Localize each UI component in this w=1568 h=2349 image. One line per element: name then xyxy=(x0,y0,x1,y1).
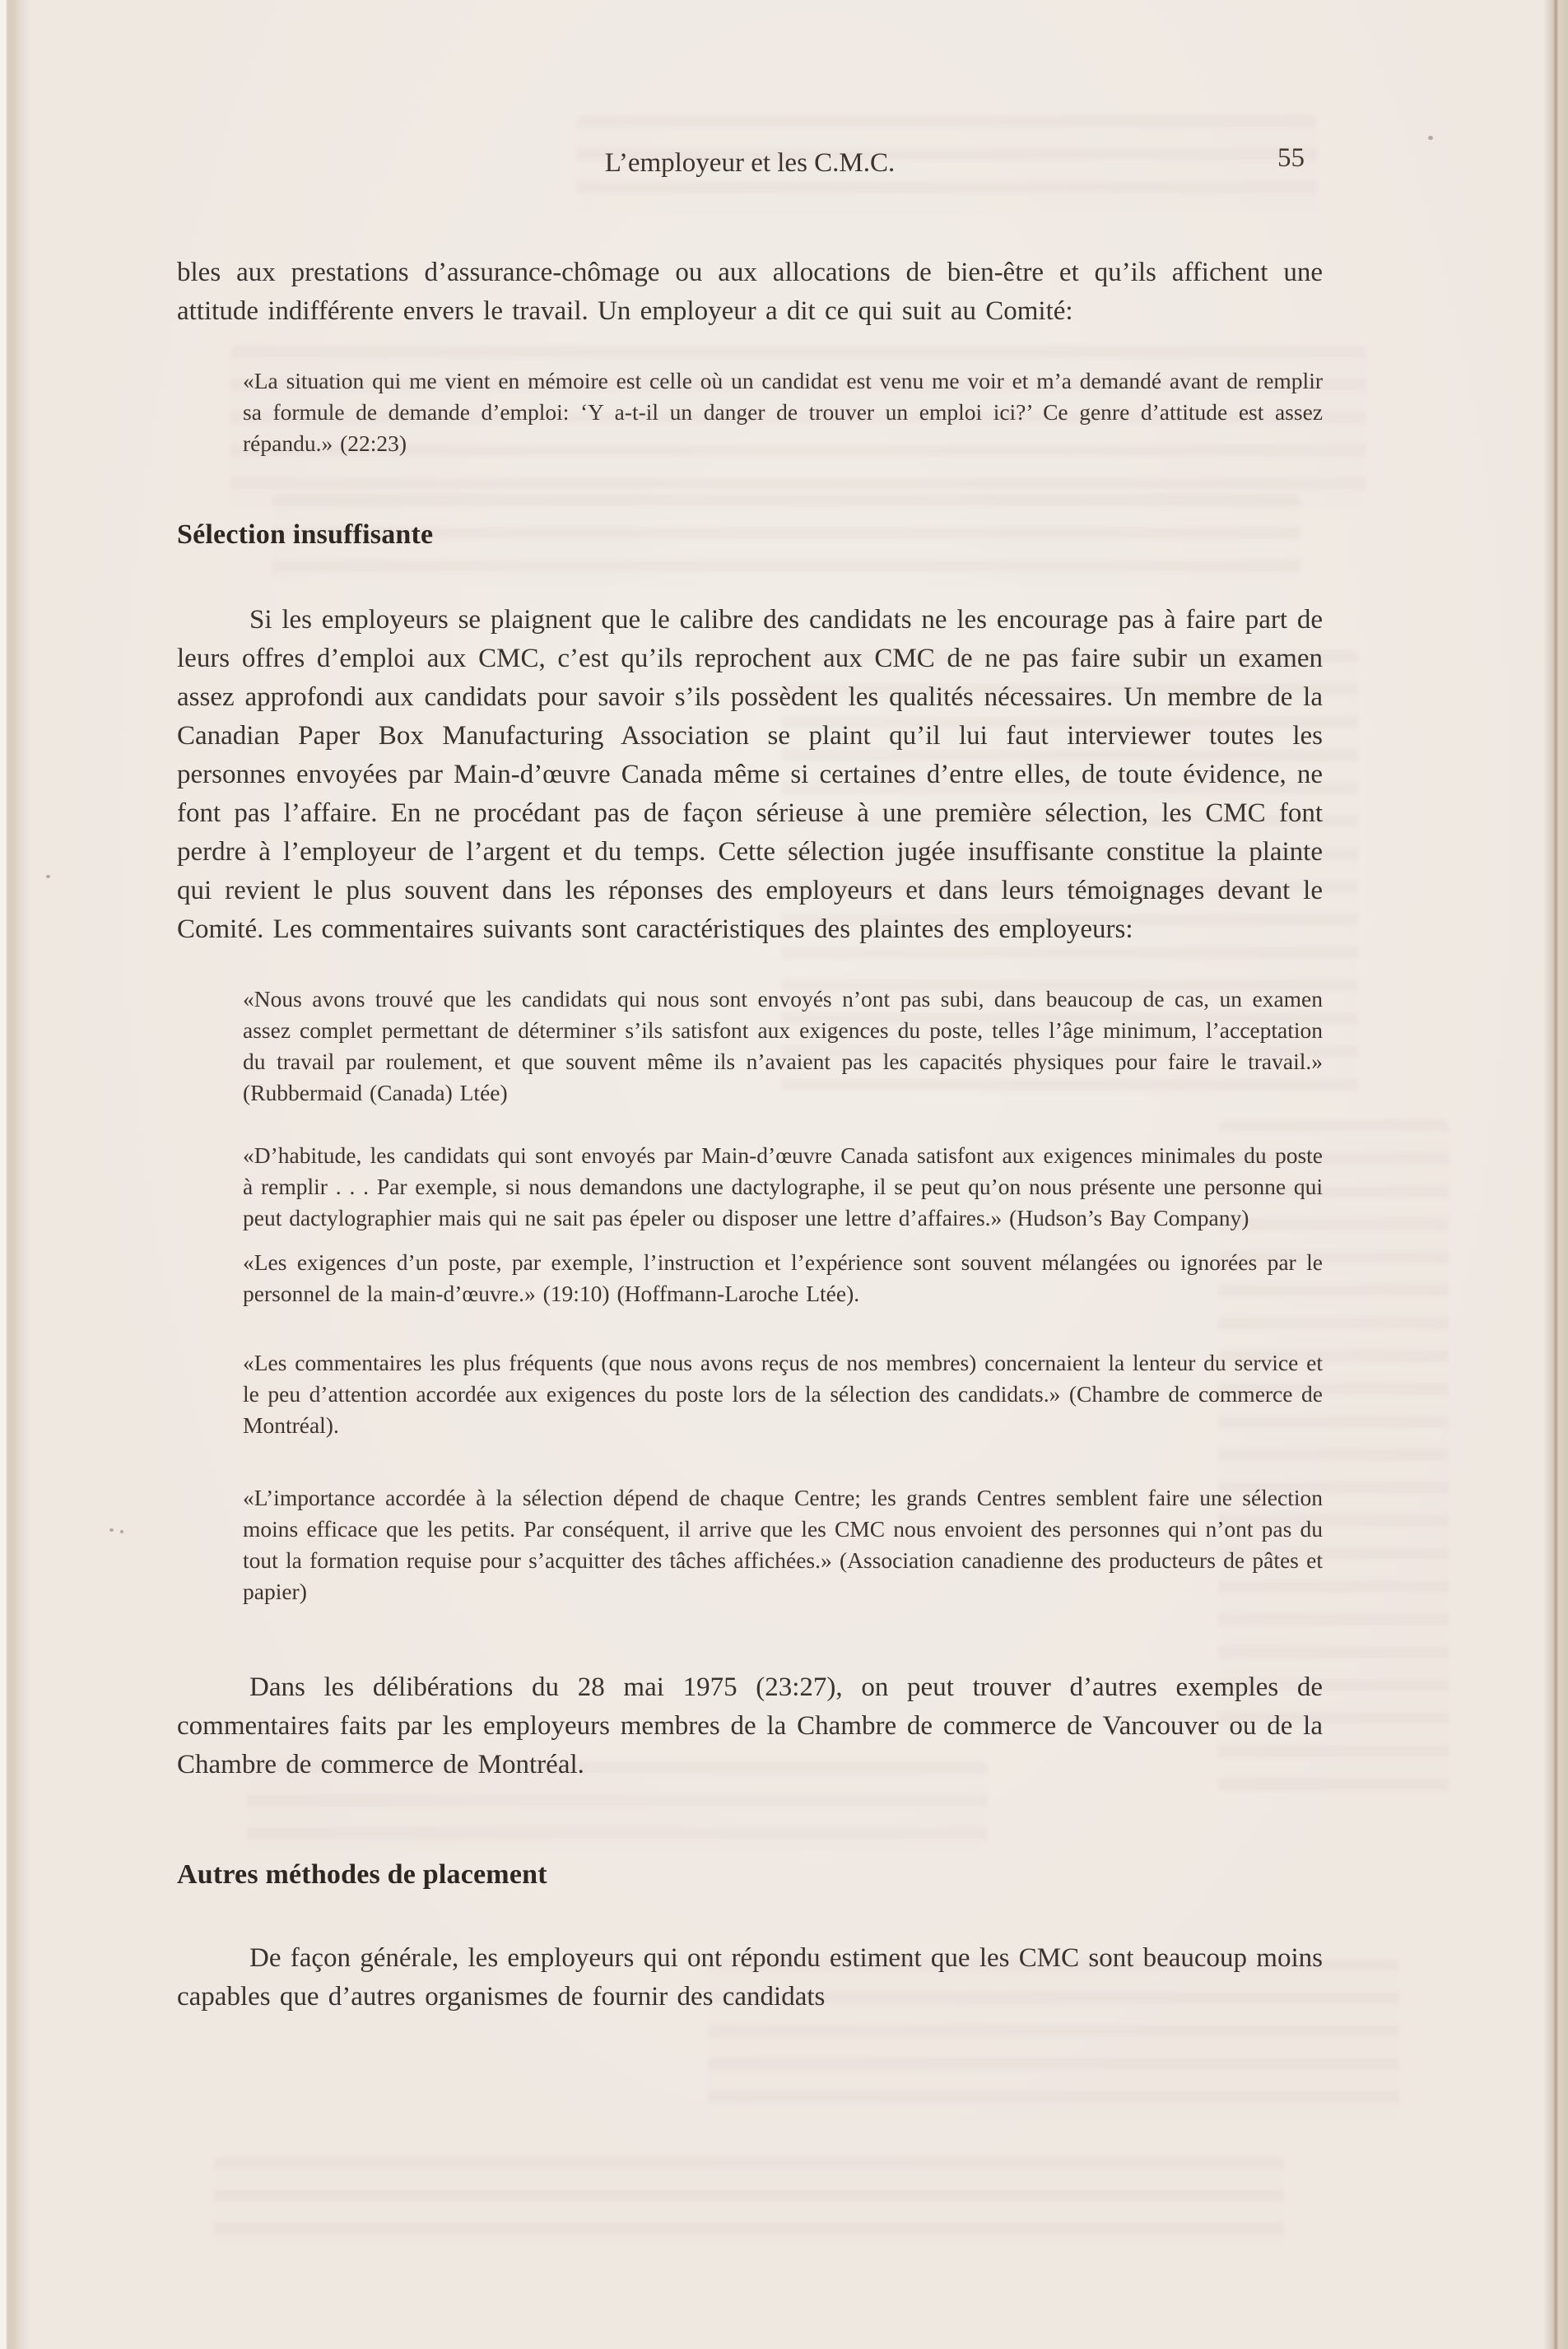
quote-hudsons-bay: «D’habitude, les candidats qui sont envo… xyxy=(243,1140,1323,1234)
paragraph-facon-generale: De façon générale, les employeurs qui on… xyxy=(177,1939,1323,2016)
quote-rubbermaid: «Nous avons trouvé que les candidats qui… xyxy=(243,984,1323,1109)
text-column: L’employeur et les C.M.C. 55 bles aux pr… xyxy=(177,0,1323,2016)
dust-speck xyxy=(1428,136,1433,140)
quote-association-producteurs: «L’importance accordée à la sélection dé… xyxy=(243,1482,1323,1607)
heading-autres-methodes: Autres méthodes de placement xyxy=(177,1857,1323,1893)
quote-attitude: «La situation qui me vient en mémoire es… xyxy=(243,365,1323,459)
paragraph-deliberations: Dans les délibérations du 28 mai 1975 (2… xyxy=(177,1668,1323,1784)
dust-speck xyxy=(120,1530,123,1533)
bleed-through-ghost xyxy=(214,2156,1284,2247)
dust-speck xyxy=(109,1528,114,1532)
dust-speck xyxy=(46,875,50,878)
page-number: 55 xyxy=(1277,139,1305,178)
scanned-book-page: { "header": { "title": "L\u2019employeur… xyxy=(0,0,1568,2349)
quote-hoffmann-laroche: «Les exigences d’un poste, par exemple, … xyxy=(243,1247,1323,1309)
running-title: L’employeur et les C.M.C. xyxy=(605,148,896,178)
heading-selection-insuffisante: Sélection insuffisante xyxy=(177,517,1323,553)
quote-chambre-commerce: «Les commentaires les plus fréquents (qu… xyxy=(243,1347,1323,1441)
page-right-edge xyxy=(1543,0,1568,2349)
paragraph-selection: Si les employeurs se plaignent que le ca… xyxy=(177,601,1323,949)
page-binding-edge xyxy=(0,0,31,2349)
running-header: L’employeur et les C.M.C. 55 xyxy=(177,144,1323,183)
paragraph-intro: bles aux prestations d’assurance-chômage… xyxy=(177,254,1323,331)
